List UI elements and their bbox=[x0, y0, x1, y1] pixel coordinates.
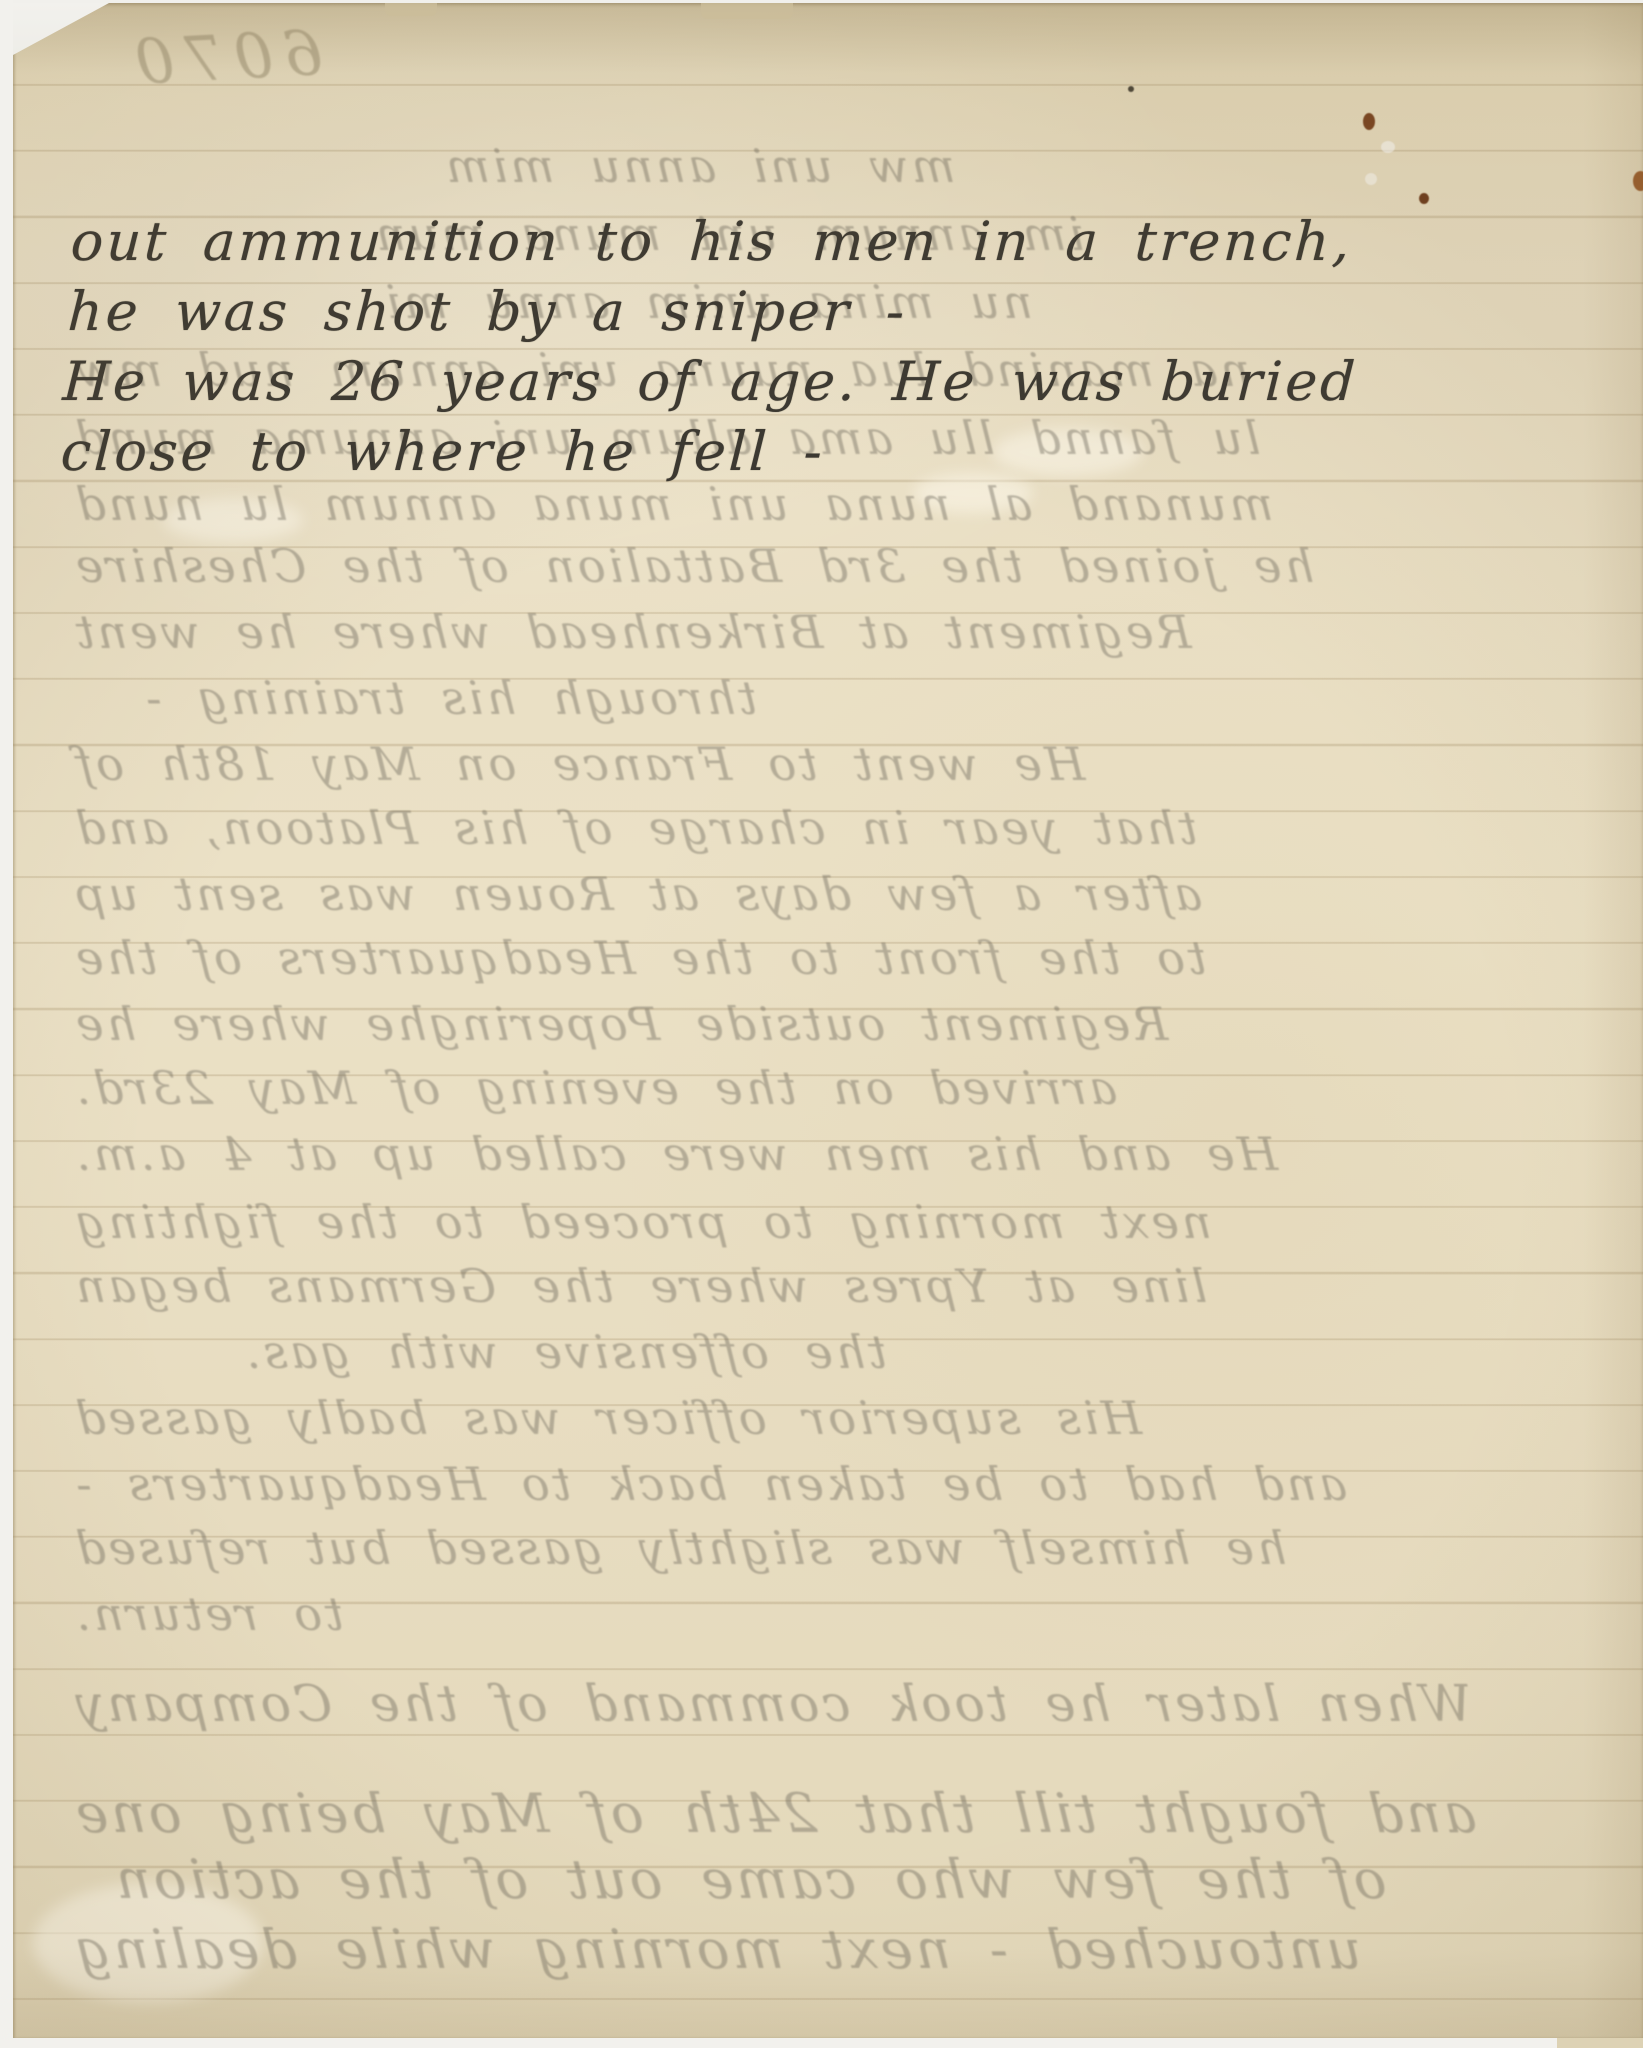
scan-edge-bottom-right bbox=[1557, 2038, 1643, 2048]
stain bbox=[1381, 141, 1395, 153]
stain bbox=[1128, 86, 1134, 92]
paper-sheet: mw uni annu mimim annum uni muna munnu m… bbox=[13, 3, 1643, 2038]
stain-layer bbox=[13, 3, 1643, 2038]
stain bbox=[1419, 193, 1429, 204]
scan-edge-bottom bbox=[0, 2038, 1557, 2048]
tape-remnant bbox=[701, 3, 793, 19]
tape-remnant bbox=[385, 3, 437, 16]
scan-root: { "document": { "kind": "scanned handwri… bbox=[0, 0, 1643, 2048]
stain bbox=[1633, 171, 1643, 191]
stain bbox=[1363, 113, 1375, 130]
scan-edge-left bbox=[0, 0, 13, 2048]
stain bbox=[1365, 173, 1377, 185]
